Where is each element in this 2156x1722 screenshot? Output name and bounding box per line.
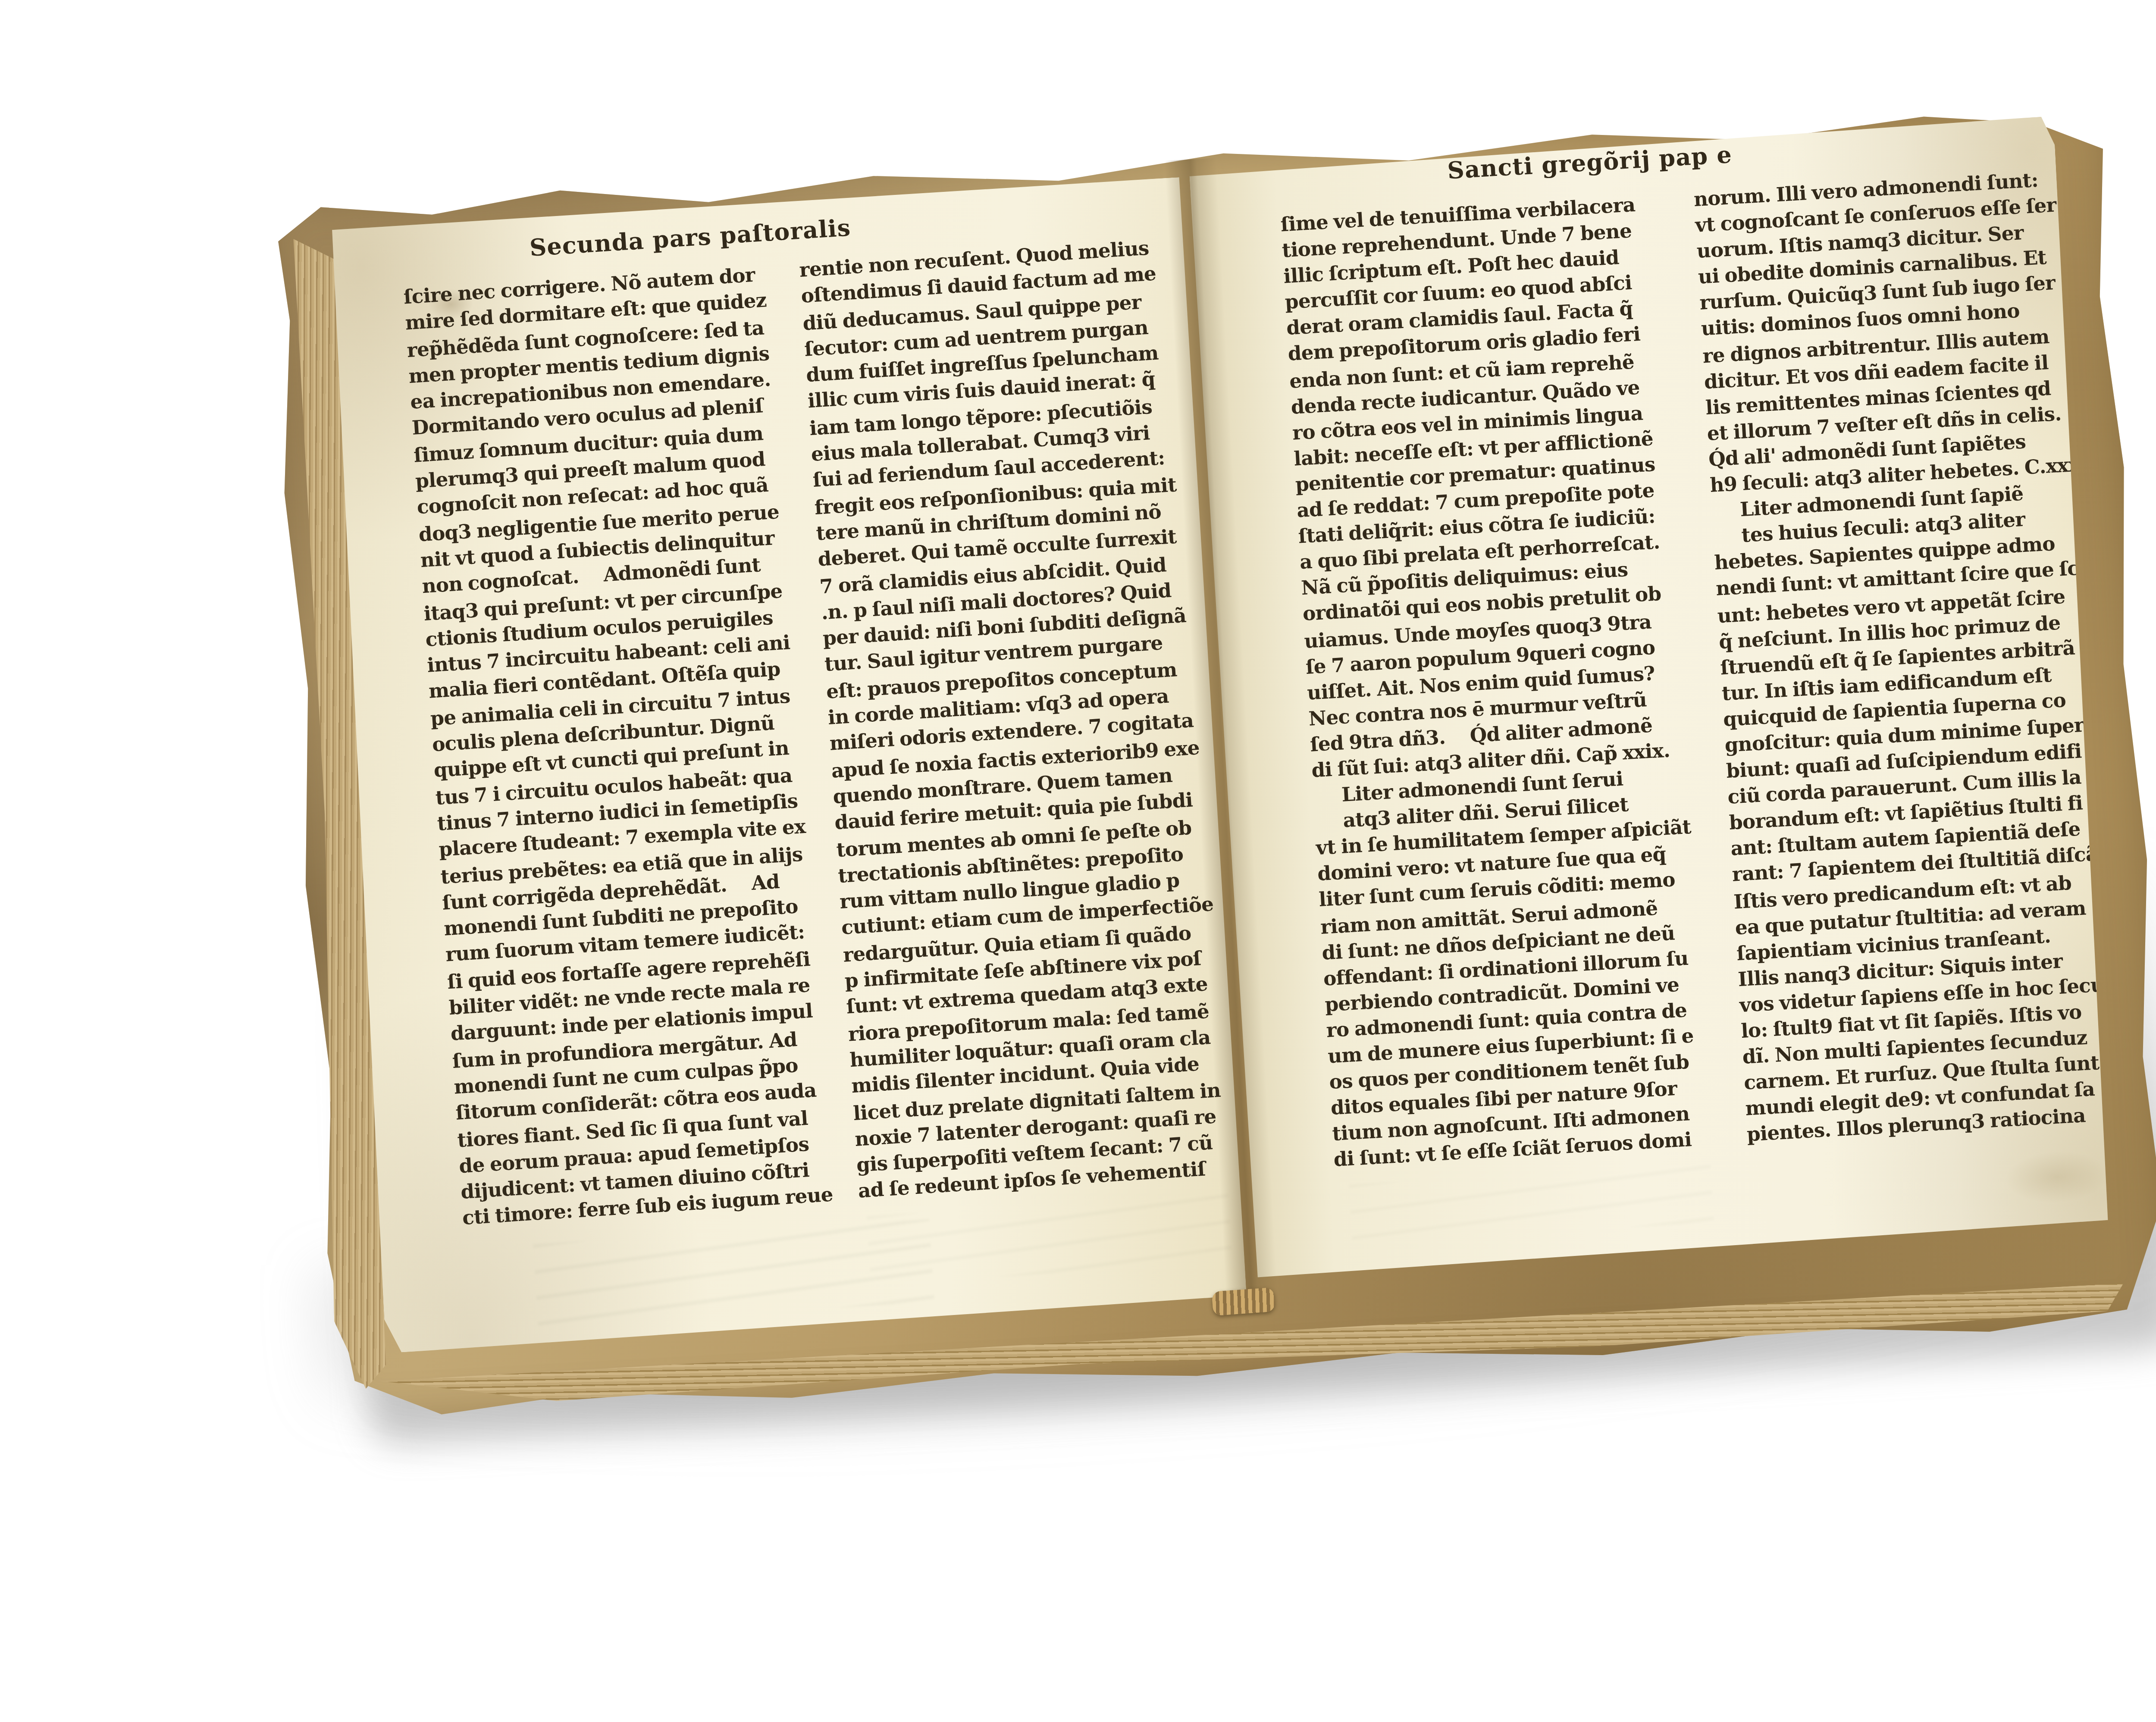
page-show-through	[1349, 1164, 1714, 1243]
left-page-column-1: ſcire nec corrigere. Nõ autem dormire ſe…	[403, 260, 849, 1233]
paper-stain	[2004, 1148, 2110, 1205]
endband-tassel	[1212, 1287, 1275, 1316]
open-book: Secunda pars paſtoralis ſcire nec corrig…	[265, 99, 2156, 1425]
right-page: Sancti gregõrij pap e ſime vel de tenuiſ…	[1189, 116, 2114, 1282]
photo-backdrop: Secunda pars paſtoralis ſcire nec corrig…	[0, 0, 2156, 1722]
left-page: Secunda pars paſtoralis ſcire nec corrig…	[325, 177, 1247, 1353]
page-show-through	[867, 1193, 1232, 1285]
right-page-column-1: ſime vel de tenuiſſima verbilaceratione …	[1280, 190, 1737, 1174]
photo-scene: Secunda pars paſtoralis ſcire nec corrig…	[0, 0, 2156, 1722]
left-page-content: Secunda pars paſtoralis ſcire nec corrig…	[320, 173, 1252, 1357]
right-page-content: Sancti gregõrij pap e ſime vel de tenuiſ…	[1187, 115, 2115, 1284]
right-page-column-2: norum. Illi vero admonendi ſunt:vt cogno…	[1693, 167, 2095, 1149]
